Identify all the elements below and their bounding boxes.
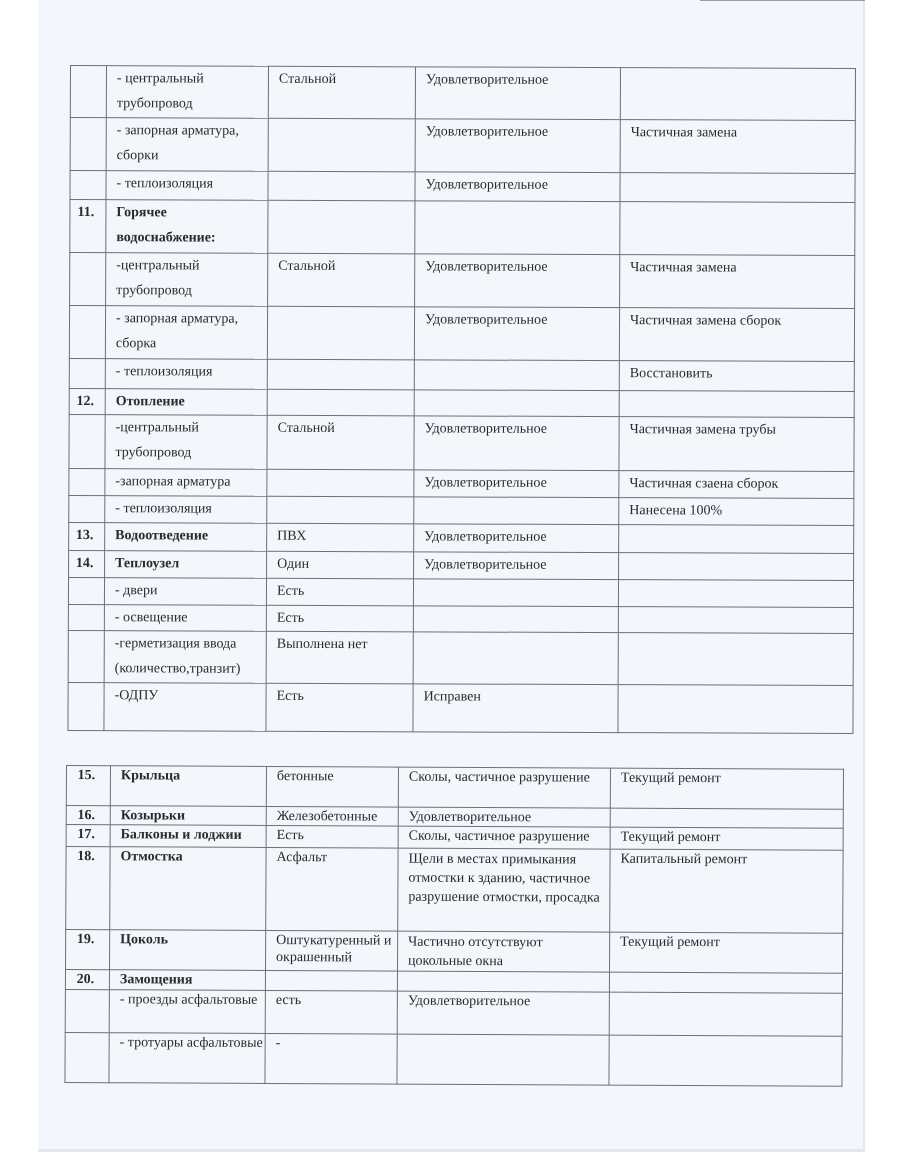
element-name: Горячее водоснабжение: <box>106 200 268 254</box>
material-cell <box>267 359 414 390</box>
element-name: - теплоизоляция <box>105 496 267 524</box>
row-number: 18. <box>66 847 110 930</box>
material-cell: Есть <box>266 683 413 732</box>
row-number <box>70 66 106 118</box>
table-row: -ОДПУЕстьИсправен <box>68 682 853 733</box>
action-cell: Восстановить <box>619 361 854 392</box>
element-name: - центральный трубопровод <box>106 66 268 119</box>
condition-cell <box>414 360 619 391</box>
action-cell: Капитальный ремонт <box>610 849 843 933</box>
row-number: 20. <box>65 970 109 990</box>
action-cell <box>609 992 842 1036</box>
element-name: -ОДПУ <box>104 683 266 732</box>
element-name: -центральный трубопровод <box>106 253 268 307</box>
condition-cell: Удовлетворительное <box>415 119 620 173</box>
row-number: 12. <box>69 388 105 414</box>
element-name: - теплоизоляция <box>106 171 268 201</box>
action-cell <box>618 633 853 686</box>
condition-cell: Удовлетворительное <box>414 307 619 361</box>
action-cell: Частичная замена трубы <box>619 417 854 472</box>
row-number <box>69 358 105 388</box>
material-cell <box>267 389 414 416</box>
element-name: Цоколь <box>110 930 266 971</box>
element-name: - запорная арматура, сборка <box>105 306 267 360</box>
table-row: - двериЕсть <box>68 577 853 607</box>
row-number: 15. <box>66 766 110 806</box>
material-cell <box>268 171 415 201</box>
element-name: -герметизация ввода (количество,транзит) <box>104 631 266 684</box>
element-name: Замощения <box>109 970 265 991</box>
table-row: - запорная арматура, сборкаУдовлетворите… <box>69 306 854 362</box>
material-cell <box>268 118 415 172</box>
material-cell: Один <box>267 551 414 579</box>
condition-cell: Удовлетворительное <box>415 254 620 308</box>
material-cell: Железобетонные <box>266 806 398 826</box>
element-name: - тротуары асфальтовые <box>109 1033 265 1084</box>
condition-cell <box>414 390 619 417</box>
table-row: - теплоизоляцияНанесена 100% <box>69 495 854 525</box>
action-cell <box>610 808 843 828</box>
table-row: - освещениеЕсть <box>68 604 853 633</box>
condition-cell: Удовлетворительное <box>415 67 620 120</box>
row-number <box>69 306 105 359</box>
row-number <box>69 495 105 522</box>
table-row: - тротуары асфальтовые- <box>65 1032 842 1086</box>
condition-cell <box>413 632 618 685</box>
condition-cell: Удовлетворительное <box>414 552 619 580</box>
condition-cell: Удовлетворительное <box>397 991 609 1035</box>
material-cell: Стальной <box>268 66 415 119</box>
material-cell: Стальной <box>267 415 414 470</box>
table-row: -центральный трубопроводСтальнойУдовлетв… <box>70 253 855 309</box>
element-name: Водоотведение <box>105 523 267 552</box>
element-name: Отопление <box>105 389 267 416</box>
condition-cell <box>414 497 619 525</box>
element-name: - проезды асфальтовые <box>109 990 265 1034</box>
action-cell <box>618 607 853 634</box>
condition-cell: Удовлетворительное <box>414 470 619 498</box>
action-cell <box>609 972 842 993</box>
table-row: 11.Горячее водоснабжение: <box>70 200 855 256</box>
material-cell: бетонные <box>266 766 398 807</box>
table-row: - запорная арматура, сборкиУдовлетворите… <box>70 118 855 174</box>
engineering-systems-table: - центральный трубопроводСтальнойУдовлет… <box>67 65 856 734</box>
condition-cell <box>415 201 620 255</box>
material-cell: Есть <box>266 825 398 848</box>
row-number <box>70 118 106 171</box>
action-cell <box>619 391 854 418</box>
exterior-elements-table: 15.КрыльцабетонныеСколы, частичное разру… <box>64 765 844 1087</box>
row-number: 17. <box>66 825 110 847</box>
table-row: - проезды асфальтовыеестьУдовлетворитель… <box>65 989 842 1036</box>
action-cell: Частичная замена <box>620 120 855 174</box>
condition-cell: Удовлетворительное <box>398 807 610 827</box>
material-cell <box>267 469 414 497</box>
table-row: 14.ТеплоузелОдинУдовлетворительное <box>69 550 854 580</box>
action-cell <box>620 68 855 121</box>
element-name: Теплоузел <box>105 551 267 579</box>
row-number <box>68 604 104 630</box>
row-number <box>68 682 104 730</box>
table-row: 18.ОтмосткаАсфальтЩели в местах примыкан… <box>66 847 843 934</box>
condition-cell: Сколы, частичное разрушение <box>398 767 610 808</box>
action-cell <box>620 173 855 203</box>
condition-cell <box>397 1034 609 1085</box>
condition-cell: Щели в местах примыкания отмостки к здан… <box>398 848 610 932</box>
element-name: -центральный трубопровод <box>105 415 267 470</box>
element-name: Отмостка <box>110 847 266 931</box>
material-cell: - <box>265 1033 397 1084</box>
material-cell: Выполнена нет <box>266 631 413 684</box>
table-row: -запорная арматураУдовлетворительноеЧаст… <box>69 468 854 498</box>
table-row: 12.Отопление <box>69 388 854 417</box>
table-row: - теплоизоляцияУдовлетворительное <box>70 171 855 203</box>
material-cell: ПВХ <box>267 523 414 552</box>
table-row: -герметизация ввода (количество,транзит)… <box>68 630 853 685</box>
table-row: -центральный трубопроводСтальнойУдовлетв… <box>69 414 854 471</box>
material-cell: Оштукатуренный и окрашенный <box>265 930 397 971</box>
material-cell: Асфальт <box>266 847 398 931</box>
row-number: 13. <box>69 522 105 550</box>
material-cell <box>267 496 414 524</box>
action-cell <box>618 580 853 608</box>
row-number <box>69 414 105 468</box>
row-number <box>65 1032 109 1082</box>
condition-cell: Удовлетворительное <box>415 172 620 202</box>
table-row: 19.ЦокольОштукатуренный и окрашенныйЧаст… <box>66 930 843 974</box>
material-cell <box>265 970 397 991</box>
action-cell: Текущий ремонт <box>610 827 843 850</box>
material-cell: Есть <box>266 605 413 632</box>
action-cell: Частичная замена <box>620 255 855 309</box>
action-cell <box>609 1035 842 1086</box>
element-name: - двери <box>104 578 266 606</box>
row-number: 16. <box>66 806 110 825</box>
element-name: - освещение <box>104 605 266 632</box>
table-row: - центральный трубопроводСтальнойУдовлет… <box>70 66 855 121</box>
material-cell <box>268 200 415 254</box>
table-row: 15.КрыльцабетонныеСколы, частичное разру… <box>66 766 843 810</box>
condition-cell <box>413 606 618 633</box>
element-name: Козырьки <box>110 806 266 826</box>
row-number <box>65 989 109 1032</box>
row-number: 14. <box>69 550 105 577</box>
material-cell: Есть <box>266 578 413 606</box>
condition-cell: Сколы, частичное разрушение <box>398 826 610 849</box>
element-name: Балконы и лоджии <box>110 825 266 848</box>
action-cell <box>618 685 853 734</box>
row-number <box>69 468 105 495</box>
table-row: 13.ВодоотведениеПВХУдовлетворительное <box>69 522 854 553</box>
row-number <box>68 577 104 604</box>
material-cell: Стальной <box>268 253 415 307</box>
row-number <box>70 171 106 200</box>
action-cell <box>619 553 854 581</box>
material-cell: есть <box>265 990 397 1034</box>
row-number: 11. <box>70 200 106 253</box>
condition-cell: Частично отсутствуют цокольные окна <box>397 931 609 972</box>
action-cell: Текущий ремонт <box>609 932 842 973</box>
element-name: -запорная арматура <box>105 469 267 497</box>
condition-cell <box>397 971 609 992</box>
action-cell <box>619 525 854 554</box>
material-cell <box>267 306 414 360</box>
row-number <box>68 630 104 682</box>
action-cell: Частичная сзаена сборок <box>619 471 854 499</box>
action-cell: Частичная замена сборок <box>619 308 854 362</box>
table-row: - теплоизоляцияВосстановить <box>69 358 854 391</box>
condition-cell <box>413 579 618 607</box>
condition-cell: Удовлетворительное <box>414 416 619 471</box>
action-cell: Текущий ремонт <box>610 768 843 809</box>
condition-cell: Исправен <box>413 684 618 733</box>
condition-cell: Удовлетворительное <box>414 524 619 553</box>
row-number: 19. <box>66 930 110 970</box>
element-name: - запорная арматура, сборки <box>106 118 268 172</box>
page-edge-line <box>700 0 865 1</box>
action-cell <box>620 202 855 256</box>
element-name: Крыльца <box>110 766 266 807</box>
row-number <box>70 253 106 306</box>
element-name: - теплоизоляция <box>105 359 267 390</box>
action-cell: Нанесена 100% <box>619 498 854 526</box>
